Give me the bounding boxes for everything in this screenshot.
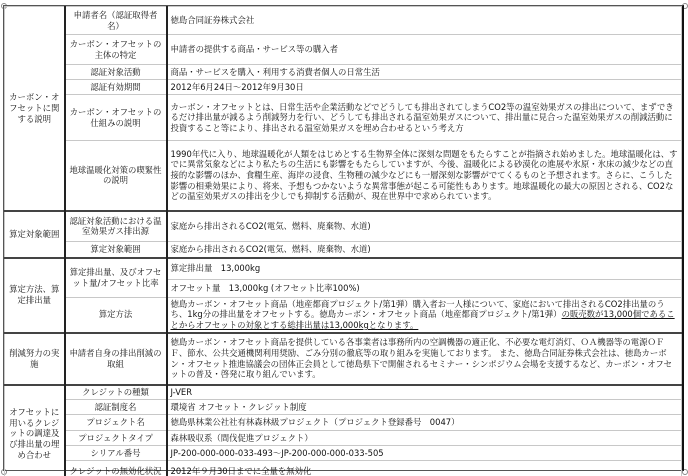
label-applicant: 申請者名（認証取得者名） [65,7,167,35]
value-project-name: 徳島県林業公社社有林森林級プロジェクト（プロジェクト登録番号 0047） [167,415,682,431]
value-applicant: 徳島合同証券株式会社 [167,7,682,35]
value-project-type: 森林吸収系（間伐促進プロジェクト） [167,431,682,446]
table-row: プロジェクト名 徳島県林業公社社有林森林級プロジェクト（プロジェクト登録番号 0… [5,415,682,431]
value-urgency: 1990年代に入り、地球温暖化が人類をはじめとする生物界全体に深刻な問題をもたら… [167,141,682,211]
table-row: カーボン・オフセットに関する説明 申請者名（認証取得者名） 徳島合同証券株式会社 [5,7,682,35]
table-row: カーボン・オフセットの仕組みの説明 カーボン・オフセットとは、日常生活や企業活動… [5,95,682,141]
label-emission-source: 認証対象活動における温室効果ガス排出源 [65,211,167,242]
table-row: プロジェクトタイプ 森林吸収系（間伐促進プロジェクト） [5,431,682,446]
value-cert-system: 環境省 オフセット・クレジット制度 [167,400,682,415]
group-reduction: 削減努力の実施 [5,333,65,385]
certification-table: カーボン・オフセットに関する説明 申請者名（認証取得者名） 徳島合同証券株式会社… [4,6,682,476]
value-emission-source: 家庭から排出されるCO2(電気、燃料、廃棄物、水道) [167,211,682,242]
label-period: 認証有効期間 [65,80,167,95]
value-credit-type: J-VER [167,385,682,400]
label-cert-system: 認証制度名 [65,400,167,415]
label-subject: カーボン・オフセットの主体の特定 [65,35,167,65]
value-own-effort: 徳島カーボン・オフセット商品を提供している各事業者は事務所内の空調機器の適正化、… [167,333,682,385]
value-calc-way: 徳島カーボン・オフセット商品（地産都商プロジェクト/第1弾）購入者お一人様につい… [167,298,682,333]
table-row: 算定対象範囲 認証対象活動における温室効果ガス排出源 家庭から排出されるCO2(… [5,211,682,242]
table-row: 算定方法、算定排出量 算定排出量、及びオフセット量/オフセット比率 算定排出量 … [5,258,682,280]
group-calc-scope: 算定対象範囲 [5,211,65,258]
value-offset-amount: オフセット量 13,000kg (オフセット比率100%) [167,280,682,298]
label-project-name: プロジェクト名 [65,415,167,431]
table-row: 認証制度名 環境省 オフセット・クレジット制度 [5,400,682,415]
certification-table-frame: カーボン・オフセットに関する説明 申請者名（認証取得者名） 徳島合同証券株式会社… [3,5,684,471]
table-row: 地球温暖化対策の喫緊性の説明 1990年代に入り、地球温暖化が人類をはじめとする… [5,141,682,211]
value-period: 2012年6月24日～2012年9月30日 [167,80,682,95]
label-calc-range: 算定対象範囲 [65,242,167,258]
table-row: 削減努力の実施 申請者自身の排出削減の取組 徳島カーボン・オフセット商品を提供し… [5,333,682,385]
label-invalidation: クレジットの無効化状況 [65,461,167,476]
label-urgency: 地球温暖化対策の喫緊性の説明 [65,141,167,211]
group-carbon-offset-explanation: カーボン・オフセットに関する説明 [5,7,65,211]
value-serial: JP-200-000-000-033-493～JP-200-000-000-03… [167,446,682,461]
label-credit-type: クレジットの種類 [65,385,167,400]
value-invalidation: 2012年９月30日までに全量を無効化 [167,461,682,476]
label-serial: シリアル番号 [65,446,167,461]
label-mechanism: カーボン・オフセットの仕組みの説明 [65,95,167,141]
group-credit: オフセットに用いるクレジットの調達及び排出量の埋め合わせ [5,385,65,476]
group-calc-method: 算定方法、算定排出量 [5,258,65,333]
table-row: 算定対象範囲 家庭から排出されるCO2(電気、燃料、廃棄物、水道) [5,242,682,258]
table-row: カーボン・オフセットの主体の特定 申請者の提供する商品・サービス等の購入者 [5,35,682,65]
table-row: クレジットの無効化状況 2012年９月30日までに全量を無効化 [5,461,682,476]
table-row: 認証対象活動 商品・サービスを購入・利用する消費者個人の日常生活 [5,65,682,80]
value-subject: 申請者の提供する商品・サービス等の購入者 [167,35,682,65]
label-project-type: プロジェクトタイプ [65,431,167,446]
table-row: シリアル番号 JP-200-000-000-033-493～JP-200-000… [5,446,682,461]
table-row: オフセットに用いるクレジットの調達及び排出量の埋め合わせ クレジットの種類 J-… [5,385,682,400]
table-row: 認証有効期間 2012年6月24日～2012年9月30日 [5,80,682,95]
label-calc-way: 算定方法 [65,298,167,333]
value-calc-range: 家庭から排出されるCO2(電気、燃料、廃棄物、水道) [167,242,682,258]
label-activity: 認証対象活動 [65,65,167,80]
value-mechanism: カーボン・オフセットとは、日常生活や企業活動などでどうしても排出されてしまうCO… [167,95,682,141]
table-row: 算定方法 徳島カーボン・オフセット商品（地産都商プロジェクト/第1弾）購入者お一… [5,298,682,333]
value-calc-emission: 算定排出量 13,000kg [167,258,682,280]
value-activity: 商品・サービスを購入・利用する消費者個人の日常生活 [167,65,682,80]
label-own-effort: 申請者自身の排出削減の取組 [65,333,167,385]
label-calc-amount: 算定排出量、及びオフセット量/オフセット比率 [65,258,167,298]
